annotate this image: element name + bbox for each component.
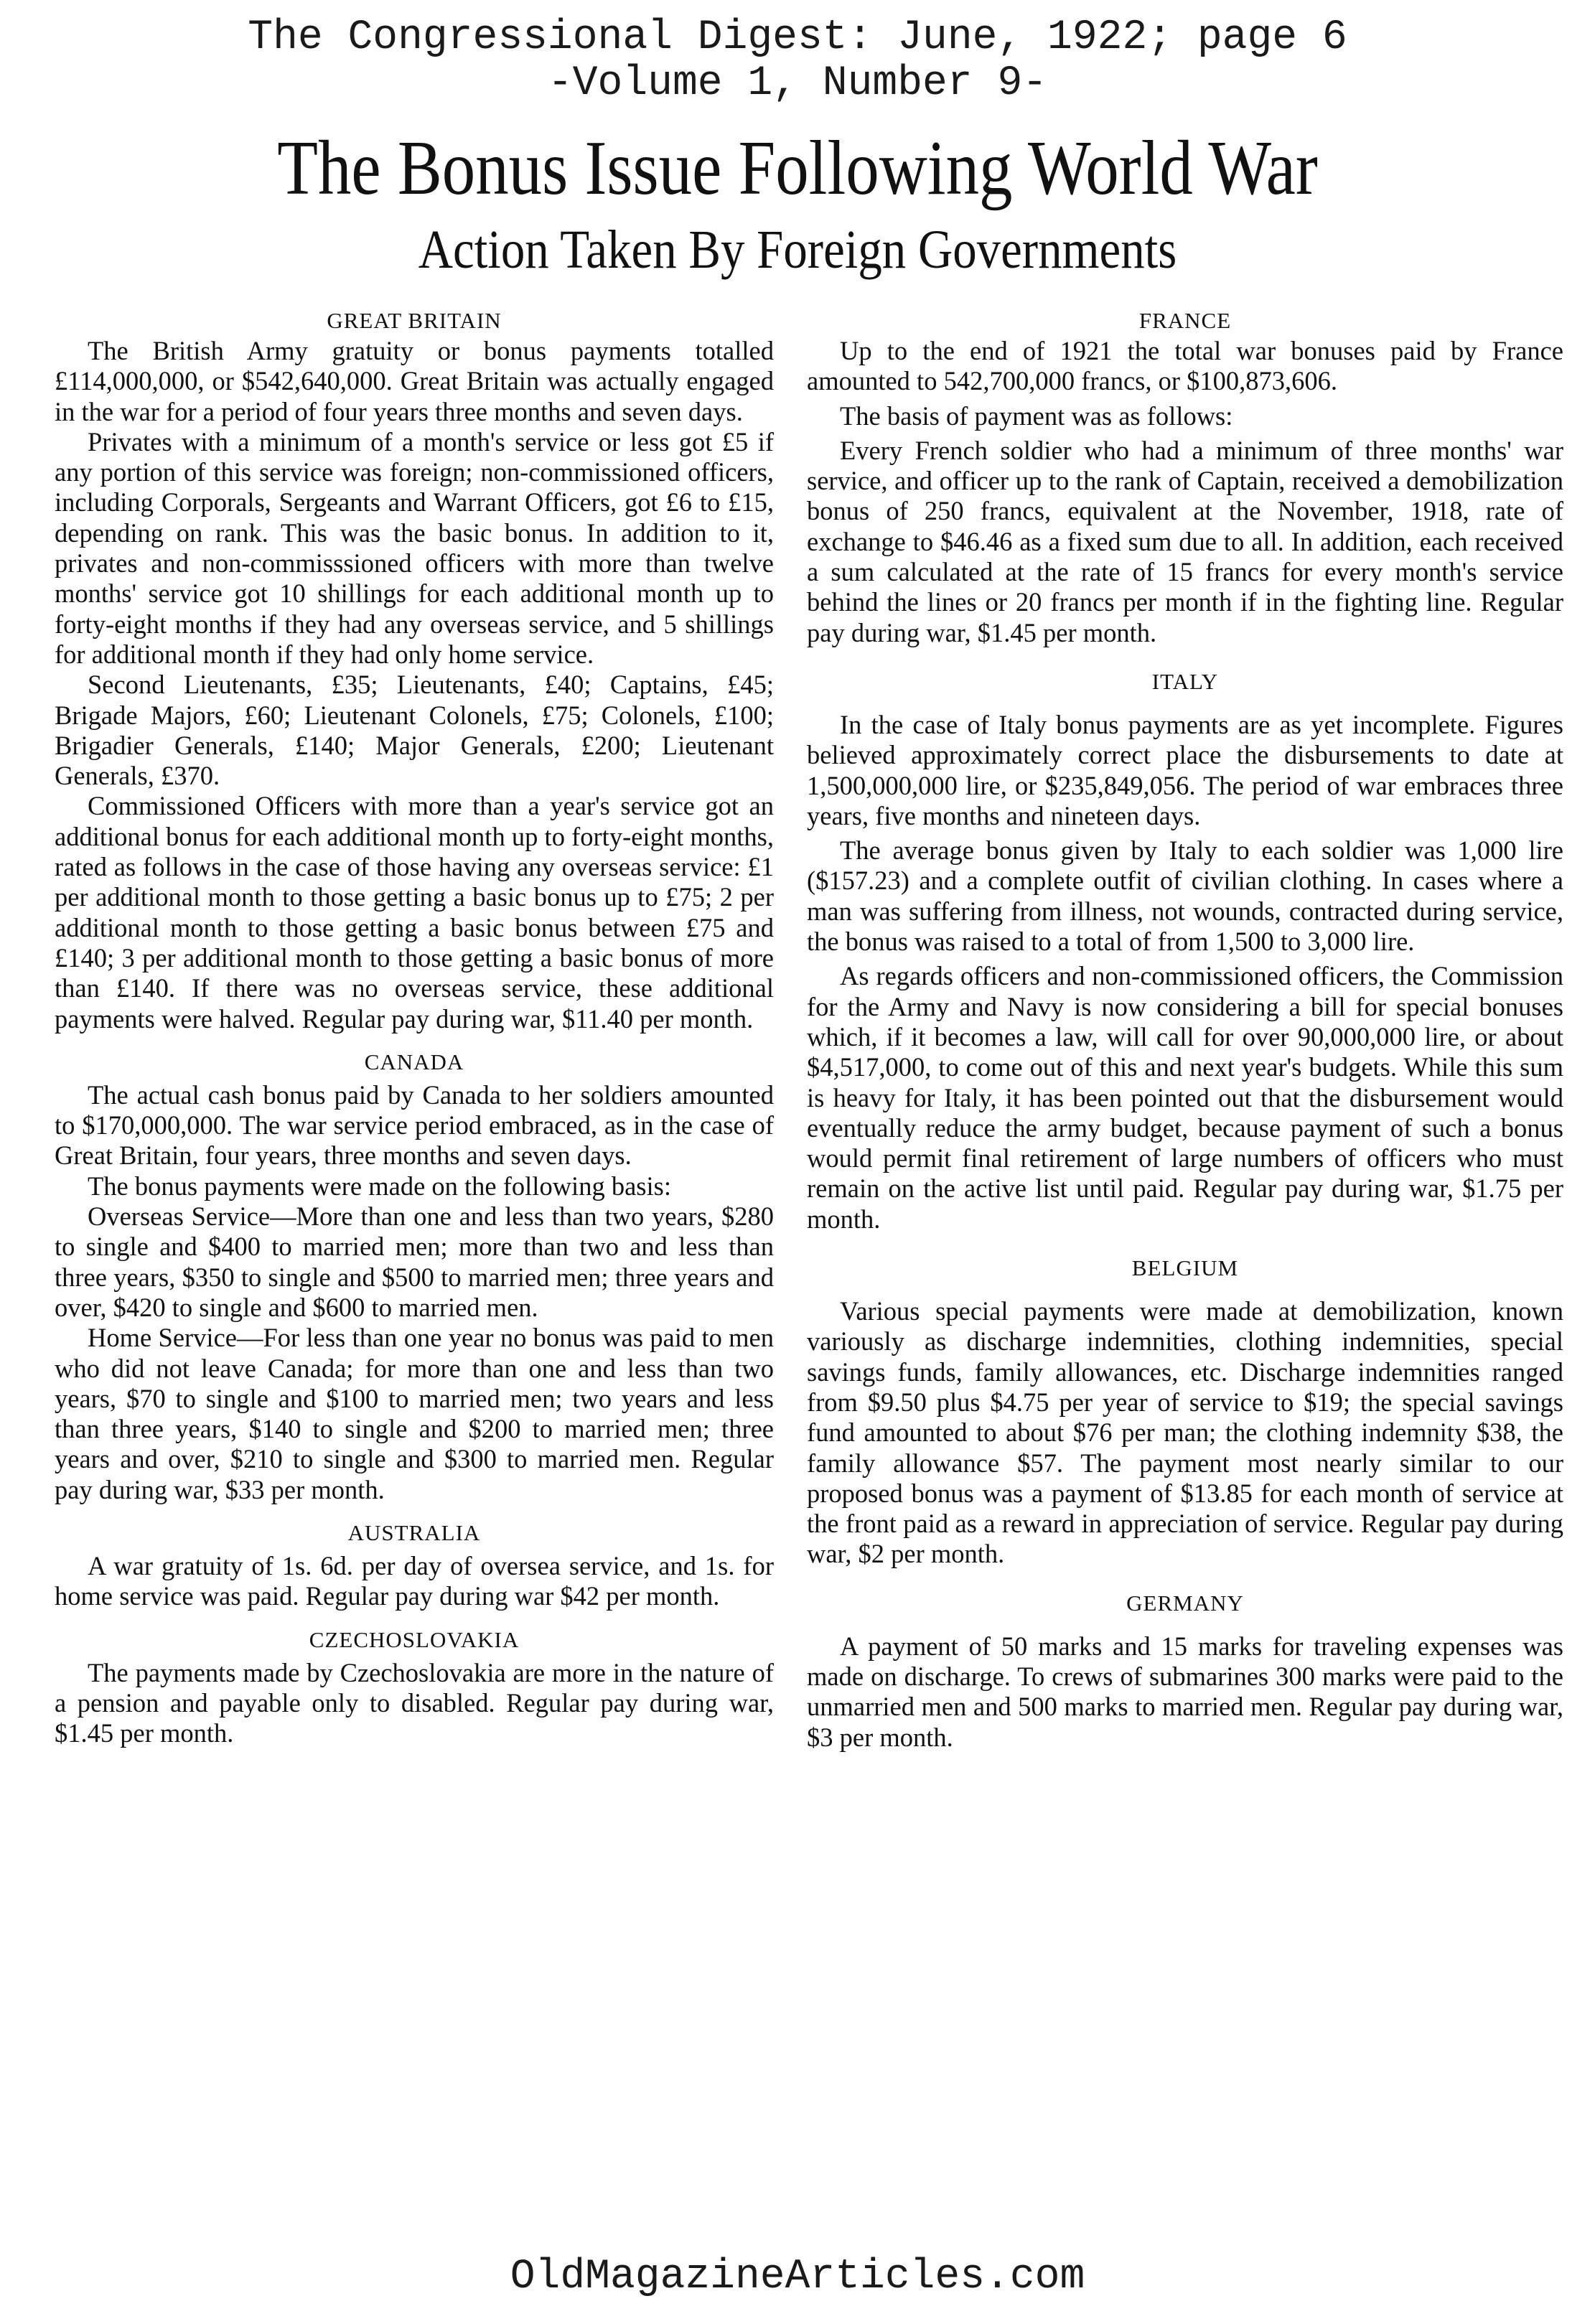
paragraph: Commissioned Officers with more than a y… [55, 791, 774, 1034]
paragraph: As regards officers and non-commissioned… [807, 961, 1563, 1234]
paragraph: A payment of 50 marks and 15 marks for t… [807, 1631, 1563, 1753]
section-heading-belgium: BELGIUM [807, 1253, 1563, 1283]
left-column: GREAT BRITAIN The British Army gratuity … [55, 306, 774, 1761]
paragraph: Up to the end of 1921 the total war bonu… [807, 336, 1563, 397]
paragraph: In the case of Italy bonus payments are … [807, 710, 1563, 831]
paragraph: Home Service—For less than one year no b… [55, 1323, 774, 1505]
section-canada: CANADA The actual cash bonus paid by Can… [55, 1047, 774, 1505]
masthead-publication-line: The Congressional Digest: June, 1922; pa… [0, 16, 1595, 60]
site-watermark: OldMagazineArticles.com [0, 2254, 1595, 2301]
paragraph: Privates with a minimum of a month's ser… [55, 427, 774, 670]
paragraph: Second Lieutenants, £35; Lieutenants, £4… [55, 670, 774, 791]
paragraph: The payments made by Czechoslovakia are … [55, 1658, 774, 1749]
section-heading-australia: AUSTRALIA [55, 1518, 774, 1548]
section-heading-great-britain: GREAT BRITAIN [55, 306, 774, 336]
paragraph: The actual cash bonus paid by Canada to … [55, 1080, 774, 1171]
section-czechoslovakia: CZECHOSLOVAKIA The payments made by Czec… [55, 1625, 774, 1749]
right-column: FRANCE Up to the end of 1921 the total w… [807, 306, 1563, 1766]
section-australia: AUSTRALIA A war gratuity of 1s. 6d. per … [55, 1518, 774, 1612]
masthead-volume-line: -Volume 1, Number 9- [0, 62, 1595, 106]
section-heading-germany: GERMANY [807, 1588, 1563, 1618]
article-subtitle: Action Taken By Foreign Governments [95, 215, 1499, 284]
section-italy: ITALY In the case of Italy bonus payment… [807, 667, 1563, 1234]
section-heading-czechoslovakia: CZECHOSLOVAKIA [55, 1625, 774, 1655]
paragraph: The average bonus given by Italy to each… [807, 835, 1563, 957]
paragraph: Various special payments were made at de… [807, 1296, 1563, 1570]
section-great-britain: GREAT BRITAIN The British Army gratuity … [55, 306, 774, 1034]
section-belgium: BELGIUM Various special payments were ma… [807, 1253, 1563, 1570]
paragraph: The bonus payments were made on the foll… [55, 1171, 774, 1201]
article-title: The Bonus Issue Following World War [112, 122, 1484, 215]
paragraph: A war gratuity of 1s. 6d. per day of ove… [55, 1551, 774, 1612]
section-heading-france: FRANCE [807, 306, 1563, 336]
section-france: FRANCE Up to the end of 1921 the total w… [807, 306, 1563, 648]
paragraph: Overseas Service—More than one and less … [55, 1201, 774, 1323]
paragraph: The basis of payment was as follows: [807, 401, 1563, 431]
section-heading-italy: ITALY [807, 667, 1563, 697]
section-germany: GERMANY A payment of 50 marks and 15 mar… [807, 1588, 1563, 1753]
paragraph: Every French soldier who had a minimum o… [807, 436, 1563, 648]
paragraph: The British Army gratuity or bonus payme… [55, 336, 774, 427]
section-heading-canada: CANADA [55, 1047, 774, 1077]
